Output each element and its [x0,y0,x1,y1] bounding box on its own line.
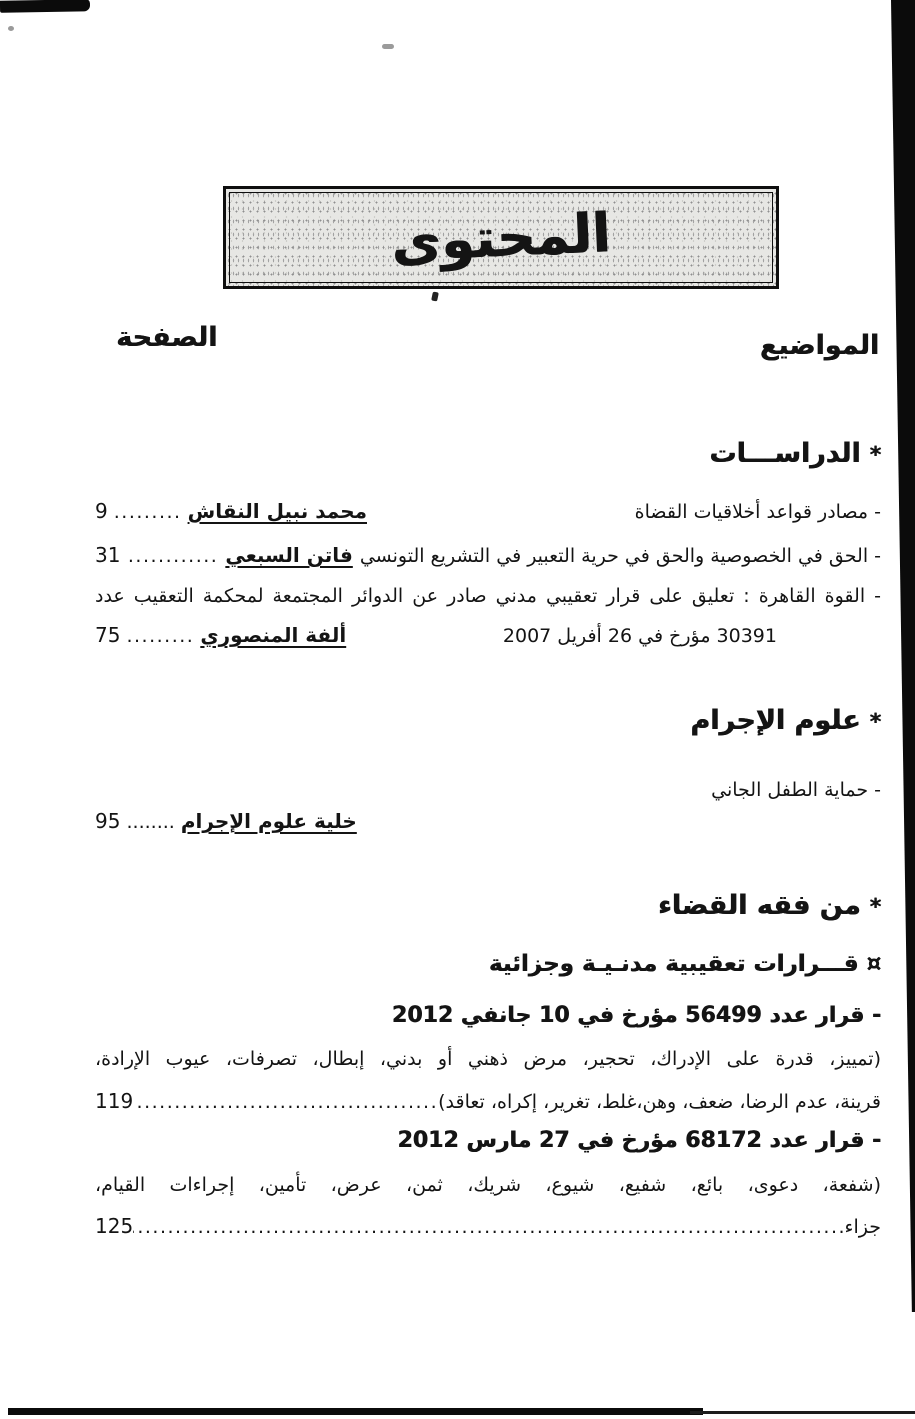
section-heading-case-law: * من فقه القضاء [95,889,881,923]
scan-artifact-speck [382,44,394,49]
contents-title-inner-frame: المحتوى [229,192,773,283]
page-title: المحتوى [390,201,612,274]
entry-title: - مصادر قواعد أخلاقيات القضاة [635,497,881,527]
contents-title-box: المحتوى [223,186,779,289]
decision-keywords-line-with-page: جزاء. ..................................… [95,1211,881,1242]
entry-author: فاتن السبعي [225,540,352,570]
section-heading-criminology: * علوم الإجرام [95,704,881,738]
section-heading-studies: * الدراســـات [95,437,881,471]
decision-keywords-line: (تمييز، قدرة على الإدراك، تحجير، مرض ذهن… [95,1044,881,1074]
keywords-text: (شفعة، دعوى، بائع، شفيع، شيوع، شريك، ثمن… [95,1174,881,1196]
decision-title-56499: - قرار عدد 56499 مؤرخ في 10 جانفي 2012 [95,1001,881,1031]
leader-dots: ........ [127,811,175,833]
scan-artifact-speck [8,26,14,31]
entry-title: - الحق في الخصوصية والحق في حرية التعبير… [360,541,881,571]
entry-page-number: 125 [95,1211,133,1241]
entry-author: خلية علوم الإجرام [181,809,357,833]
entry-author: محمد نبيل النقاش [188,496,367,526]
entry-page-number: 119 [95,1086,133,1116]
scanned-toc-page: المحتوى المواضيع الصفحة * الدراســـات - … [0,0,915,1419]
subsection-heading-label: قـــرارات تعقيبية مدنـيـة وجزائية [489,949,859,979]
toc-entry-judges-ethics: - مصادر قواعد أخلاقيات القضاة محمد نبيل … [95,496,881,527]
entry-author: ألفة المنصوري [200,620,346,650]
toc-entry-force-majeure-line2: 30391 مؤرخ في 26 أفريل 2007 ألفة المنصور… [95,620,881,651]
leader-dots: ......... [126,621,194,651]
entry-page-number: 95 [95,809,120,833]
entry-title: - حماية الطفل الجاني [711,779,881,801]
entry-page-number: 75 [95,620,120,650]
page-column-header: الصفحة [116,322,217,353]
entry-title-continuation: 30391 مؤرخ في 26 أفريل 2007 [503,621,777,651]
entry-title: - القوة القاهرة : تعليق على قرار تعقيبي … [95,585,881,607]
leader-dots: ......... [114,497,182,527]
decision-keywords-line: (شفعة، دعوى، بائع، شفيع، شيوع، شريك، ثمن… [95,1170,881,1200]
subsection-heading-cassation-decisions: ¤ قـــرارات تعقيبية مدنـيـة وجزائية [95,949,881,979]
scan-artifact-bottom-line [690,1411,915,1414]
star-bullet-icon: * [869,706,881,740]
section-heading-label: علوم الإجرام [690,704,860,738]
scan-artifact-top-smudge [0,0,90,13]
section-heading-label: الدراســـات [709,437,860,471]
topics-column-header: المواضيع [760,330,879,361]
toc-entry-child-offender-author: خلية علوم الإجرام ........ 95 [95,806,881,837]
entry-title: - قرار عدد 56499 مؤرخ في 10 جانفي 2012 [392,1003,881,1028]
decision-keywords-line-with-page: قرينة، عدم الرضا، ضعف، وهن،غلط، تغرير، إ… [95,1086,881,1117]
keywords-text: قرينة، عدم الرضا، ضعف، وهن،غلط، تغرير، إ… [438,1087,881,1117]
keywords-text: جزاء. [839,1212,881,1242]
leader-dots: ........................................… [133,1087,438,1117]
leader-dots: ........................................… [133,1212,838,1242]
section-heading-label: من فقه القضاء [658,889,861,923]
entry-title: - قرار عدد 68172 مؤرخ في 27 مارس 2012 [397,1128,881,1153]
scan-artifact-speck [431,291,439,301]
entry-page-number: 31 [95,540,120,570]
toc-entry-child-offender: - حماية الطفل الجاني [95,775,881,805]
toc-entry-privacy-expression: - الحق في الخصوصية والحق في حرية التعبير… [95,540,881,571]
keywords-text: (تمييز، قدرة على الإدراك، تحجير، مرض ذهن… [95,1048,881,1070]
toc-entry-force-majeure-line1: - القوة القاهرة : تعليق على قرار تعقيبي … [95,581,881,611]
decision-title-68172: - قرار عدد 68172 مؤرخ في 27 مارس 2012 [95,1126,881,1156]
star-bullet-icon: * [869,891,881,925]
entry-page-number: 9 [95,496,108,526]
star-bullet-icon: * [869,439,881,473]
scan-artifact-right-edge-shadow [891,0,915,1312]
square-bullet-icon: ¤ [866,949,881,979]
leader-dots: ............. [127,541,218,571]
scan-artifact-bottom-line [8,1408,703,1415]
